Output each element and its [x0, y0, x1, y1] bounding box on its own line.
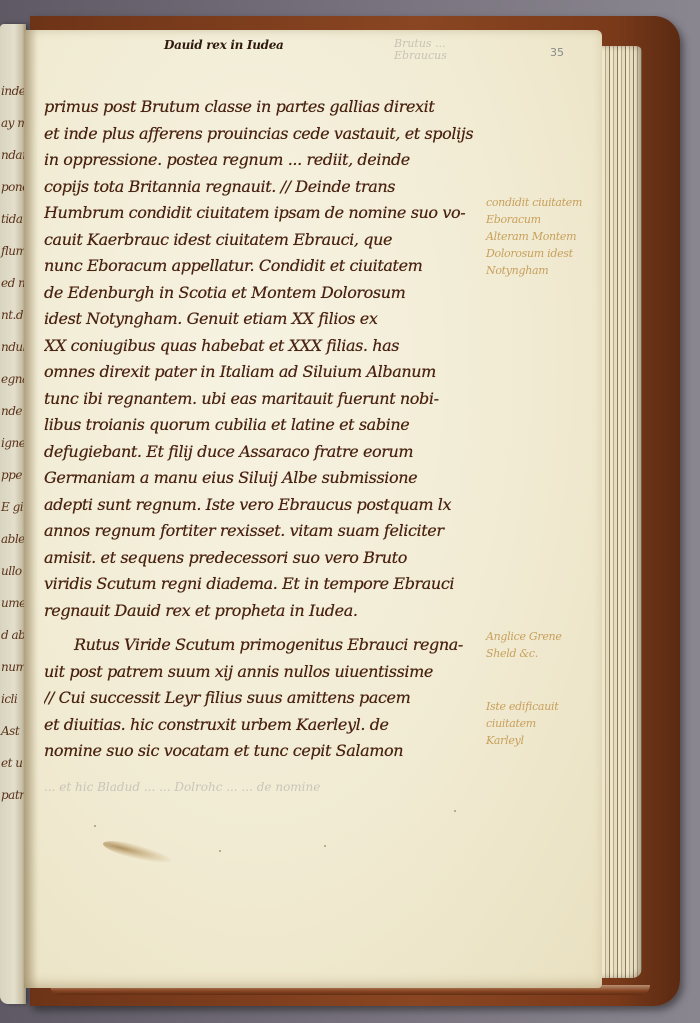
previous-leaf-text-fragment: igne: [1, 436, 25, 450]
text-line: Germaniam a manu eius Siluij Albe submis…: [44, 465, 484, 492]
marginal-note: Iste edificauitciuitatemKarleyl: [486, 698, 596, 749]
marginal-note: Anglice GreneSheld &c.: [486, 628, 596, 662]
previous-leaf-text-fragment: tida: [1, 212, 23, 226]
page-block-edge: [598, 46, 642, 978]
parchment-speck: [94, 825, 96, 827]
text-line: uit post patrem suum xij annis nullos ui…: [44, 659, 484, 686]
text-line: // Cui successit Leyr filius suus amitte…: [44, 685, 484, 712]
text-line: annos regnum fortiter rexisset. vitam su…: [44, 518, 484, 545]
previous-leaf-text-fragment: patr: [1, 788, 24, 802]
previous-leaf-text-fragment: E gi: [1, 500, 23, 514]
marginal-note-line: Karleyl: [486, 732, 596, 749]
text-line: nunc Eboracum appellatur. Condidit et ci…: [44, 253, 484, 280]
marginal-note-line: Dolorosum idest: [486, 245, 596, 262]
parchment-stain: [101, 837, 172, 868]
text-line: amisit. et sequens predecessori suo vero…: [44, 545, 484, 572]
marginal-note-line: Notyngham: [486, 262, 596, 279]
previous-leaf-text-fragment: egna: [1, 372, 26, 386]
running-head: Dauid rex in Iudea: [164, 38, 284, 52]
text-line: XX coniugibus quas habebat et XXX filias…: [44, 333, 484, 360]
text-line: adepti sunt regnum. Iste vero Ebraucus p…: [44, 492, 484, 519]
folio-number: 35: [550, 46, 564, 59]
marginal-note-line: Sheld &c.: [486, 645, 596, 662]
marginal-note: condidit ciuitatemEboracumAlteram Montem…: [486, 194, 596, 279]
marginal-note-line: Eboracum: [486, 211, 596, 228]
show-through-running-head: Brutus ... Ebraucus: [394, 38, 514, 62]
text-line: in oppressione. postea regnum ... rediit…: [44, 147, 484, 174]
previous-leaf-text-fragment: et u: [1, 756, 22, 770]
text-line: viridis Scutum regni diadema. Et in temp…: [44, 571, 484, 598]
text-line: Humbrum condidit ciuitatem ipsam de nomi…: [44, 200, 484, 227]
show-through-text: ... et hic Bladud ... ... Dolrohc ... ..…: [44, 780, 474, 794]
manuscript-page: Dauid rex in Iudea Brutus ... Ebraucus 3…: [24, 30, 602, 988]
gutter-shadow: [24, 30, 38, 988]
previous-leaf-text-fragment: flum: [1, 244, 26, 258]
previous-leaf-text-fragment: pone: [1, 180, 26, 194]
parchment-speck: [219, 850, 221, 852]
previous-leaf-text-fragment: d ab: [1, 628, 25, 642]
text-line: nomine suo sic vocatam et tunc cepit Sal…: [44, 738, 484, 765]
previous-leaf-text-fragment: icli: [1, 692, 17, 706]
marginal-note-line: condidit ciuitatem: [486, 194, 596, 211]
text-line: cauit Kaerbrauc idest ciuitatem Ebrauci,…: [44, 227, 484, 254]
text-line: et inde plus afferens prouincias cede va…: [44, 121, 484, 148]
previous-leaf-text-fragment: ume: [1, 596, 26, 610]
previous-leaf-text-fragment: ullo: [1, 564, 22, 578]
previous-leaf-text-fragment: nde f: [1, 404, 26, 418]
previous-leaf-text-fragment: able: [1, 532, 25, 546]
previous-leaf-text-fragment: indel: [1, 84, 26, 98]
parchment-speck: [454, 810, 456, 812]
previous-leaf-text-fragment: ed m: [1, 276, 26, 290]
previous-leaf-text-fragment: ppe: [1, 468, 22, 482]
text-line: defugiebant. Et filij duce Assaraco frat…: [44, 439, 484, 466]
text-line: regnauit Dauid rex et propheta in Iudea.: [44, 598, 484, 625]
text-line: primus post Brutum classe in partes gall…: [44, 94, 484, 121]
text-line: et diuitias. hic construxit urbem Kaerle…: [44, 712, 484, 739]
text-line: tunc ibi regnantem. ubi eas maritauit fu…: [44, 386, 484, 413]
main-text-block: primus post Brutum classe in partes gall…: [44, 94, 484, 765]
previous-leaf-text-fragment: nt.d: [1, 308, 23, 322]
marginal-note-line: ciuitatem: [486, 715, 596, 732]
marginal-note-line: Iste edificauit: [486, 698, 596, 715]
text-line: de Edenburgh in Scotia et Montem Doloros…: [44, 280, 484, 307]
previous-leaf-text-fragment: ndam: [1, 148, 26, 162]
parchment-speck: [324, 845, 326, 847]
text-line: idest Notyngham. Genuit etiam XX filios …: [44, 306, 484, 333]
previous-leaf-text-fragment: num: [1, 660, 26, 674]
text-line: libus troianis quorum cubilia et latine …: [44, 412, 484, 439]
previous-leaf-text-fragment: ndul: [1, 340, 26, 354]
text-line: copijs tota Britannia regnauit. // Deind…: [44, 174, 484, 201]
previous-leaf-text-fragment: Ast: [1, 724, 19, 738]
previous-leaf-text-fragment: ay m: [1, 116, 26, 130]
text-line: Rutus Viride Scutum primogenitus Ebrauci…: [44, 632, 484, 659]
marginal-note-line: Anglice Grene: [486, 628, 596, 645]
previous-leaf: indelay mndamponetidaflumed mnt.dndulegn…: [0, 24, 26, 1004]
marginal-note-line: Alteram Montem: [486, 228, 596, 245]
text-line: omnes direxit pater in Italiam ad Siluiu…: [44, 359, 484, 386]
